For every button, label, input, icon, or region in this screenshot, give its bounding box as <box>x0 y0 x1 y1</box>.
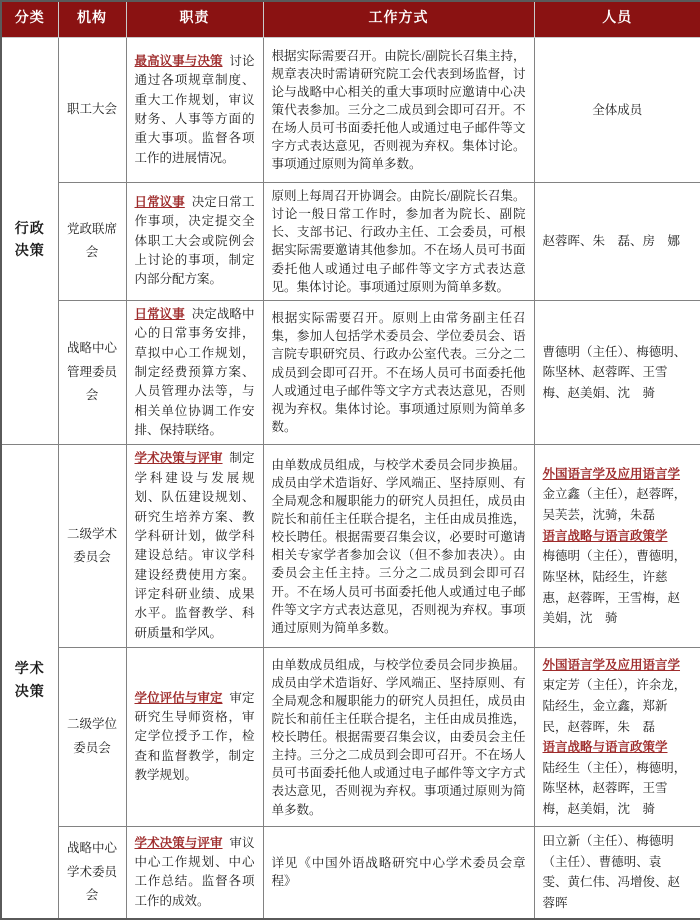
duty-text: 讨论通过各项规章制度、重大工作规划，审议财务、人事等方面的重大事项。监督各项工作… <box>135 54 255 165</box>
personnel-cell: 外国语言学及应用语言学 束定芳（主任），许余龙，陆经生，金立鑫，郑新民，赵蓉晖，… <box>534 648 700 827</box>
org-cell: 战略中心 学术委员会 <box>58 827 126 919</box>
table-row: 战略中心 管理委员会 日常议事决定战略中心的日常事务安排，草拟中心工作规划，制定… <box>1 300 700 445</box>
org-cell: 党政联席会 <box>58 183 126 301</box>
personnel-group-names: 陆经生（主任），梅德明，陈坚林，赵蓉晖，王雪梅，赵美娟，沈 骑 <box>543 758 693 820</box>
table-row: 二级学位 委员会 学位评估与审定审定研究生导师资格，审定学位授予工作，检查和监督… <box>1 648 700 827</box>
org-cell: 二级学位 委员会 <box>58 648 126 827</box>
duty-cell: 学术决策与评审制定学科建设与发展规划、队伍建设规划、研究生培养方案、教学科研计划… <box>126 445 263 648</box>
duty-lead: 学位评估与审定 <box>135 691 223 705</box>
duty-cell: 日常议事决定战略中心的日常事务安排，草拟中心工作规划，制定经费预算方案、人员管理… <box>126 300 263 445</box>
personnel-cell: 田立新（主任）、梅德明（主任）、曹德明、袁 雯、黄仁伟、冯增俊、赵蓉晖 <box>534 827 700 919</box>
personnel-group-names: 梅德明（主任），曹德明，陈坚林，陆经生，许慈惠，赵蓉晖，王雪梅，赵美娟，沈 骑 <box>543 546 693 629</box>
method-cell: 原则上每周召开协调会。由院长/副院长召集。讨论一般日常工作时，参加者为院长、副院… <box>263 183 534 301</box>
org-cell: 战略中心 管理委员会 <box>58 300 126 445</box>
table-row: 党政联席会 日常议事决定日常工作事项，决定提交全体职工大会或院例会上讨论的事项，… <box>1 183 700 301</box>
personnel-group-names: 束定芳（主任），许余龙，陆经生，金立鑫，郑新民，赵蓉晖，朱 磊 <box>543 675 693 737</box>
duty-cell: 学位评估与审定审定研究生导师资格，审定学位授予工作，检查和监督教学，制定教学规划… <box>126 648 263 827</box>
duty-cell: 日常议事决定日常工作事项，决定提交全体职工大会或院例会上讨论的事项，制定内部分配… <box>126 183 263 301</box>
personnel-cell: 外国语言学及应用语言学 金立鑫（主任），赵蓉晖，吴芙芸，沈骑，朱磊 语言战略与语… <box>534 445 700 648</box>
personnel-group: 外国语言学及应用语言学 金立鑫（主任），赵蓉晖，吴芙芸，沈骑，朱磊 <box>543 464 693 526</box>
method-cell: 根据实际需要召开。由院长/副院长召集主持，规章表决时需请研究院工会代表到场监督，… <box>263 38 534 183</box>
duty-lead: 日常议事 <box>135 307 185 321</box>
section-label-academic: 学术 决策 <box>1 445 58 919</box>
personnel-cell: 全体成员 <box>534 38 700 183</box>
duty-lead: 日常议事 <box>135 195 185 209</box>
personnel-cell: 曹德明（主任）、梅德明、陈坚林、赵蓉晖、王雪梅、赵美娟、沈 骑 <box>534 300 700 445</box>
method-cell: 由单数成员组成，与校学位委员会同步换届。成员由学术造诣好、学风端正、坚持原则、有… <box>263 648 534 827</box>
governance-table: 分类 机构 职责 工作方式 人员 行政 决策 职工大会 最高议事与决策讨论通过各… <box>0 0 700 920</box>
org-cell: 二级学术 委员会 <box>58 445 126 648</box>
duty-cell: 学术决策与评审审议中心工作规划、中心工作总结。监督各项工作的成效。 <box>126 827 263 919</box>
personnel-group-title: 外国语言学及应用语言学 <box>543 655 693 676</box>
method-cell: 根据实际需要召开。原则上由常务副主任召集，参加人包括学术委员会、学位委员会、语言… <box>263 300 534 445</box>
column-header-category: 分类 <box>1 1 58 38</box>
personnel-group-title: 外国语言学及应用语言学 <box>543 464 693 485</box>
column-header-method: 工作方式 <box>263 1 534 38</box>
personnel-group: 外国语言学及应用语言学 束定芳（主任），许余龙，陆经生，金立鑫，郑新民，赵蓉晖，… <box>543 655 693 738</box>
duty-text: 制定学科建设与发展规划、队伍建设规划、研究生培养方案、教学科研计划，做学科建设总… <box>135 451 255 639</box>
org-cell: 职工大会 <box>58 38 126 183</box>
personnel-group-title: 语言战略与语言政策学 <box>543 526 693 547</box>
column-header-personnel: 人员 <box>534 1 700 38</box>
table-header-row: 分类 机构 职责 工作方式 人员 <box>1 1 700 38</box>
personnel-group-title: 语言战略与语言政策学 <box>543 737 693 758</box>
duty-lead: 学术决策与评审 <box>135 451 223 465</box>
duty-lead: 学术决策与评审 <box>135 836 223 850</box>
table-row: 学术 决策 二级学术 委员会 学术决策与评审制定学科建设与发展规划、队伍建设规划… <box>1 445 700 648</box>
column-header-duty: 职责 <box>126 1 263 38</box>
column-header-organization: 机构 <box>58 1 126 38</box>
table-row: 行政 决策 职工大会 最高议事与决策讨论通过各项规章制度、重大工作规划，审议财务… <box>1 38 700 183</box>
table-row: 战略中心 学术委员会 学术决策与评审审议中心工作规划、中心工作总结。监督各项工作… <box>1 827 700 919</box>
duty-lead: 最高议事与决策 <box>135 54 223 68</box>
personnel-cell: 赵蓉晖、朱 磊、房 娜 <box>534 183 700 301</box>
duty-cell: 最高议事与决策讨论通过各项规章制度、重大工作规划，审议财务、人事等方面的重大事项… <box>126 38 263 183</box>
section-label-admin: 行政 决策 <box>1 38 58 445</box>
personnel-group-names: 金立鑫（主任），赵蓉晖，吴芙芸，沈骑，朱磊 <box>543 484 693 525</box>
duty-text: 决定战略中心的日常事务安排，草拟中心工作规划，制定经费预算方案、人员管理办法等，… <box>135 307 255 437</box>
method-cell: 详见《中国外语战略研究中心学术委员会章程》 <box>263 827 534 919</box>
personnel-group: 语言战略与语言政策学 陆经生（主任），梅德明，陈坚林，赵蓉晖，王雪梅，赵美娟，沈… <box>543 737 693 820</box>
method-cell: 由单数成员组成，与校学术委员会同步换届。成员由学术造诣好、学风端正、坚持原则、有… <box>263 445 534 648</box>
personnel-group: 语言战略与语言政策学 梅德明（主任），曹德明，陈坚林，陆经生，许慈惠，赵蓉晖，王… <box>543 526 693 629</box>
